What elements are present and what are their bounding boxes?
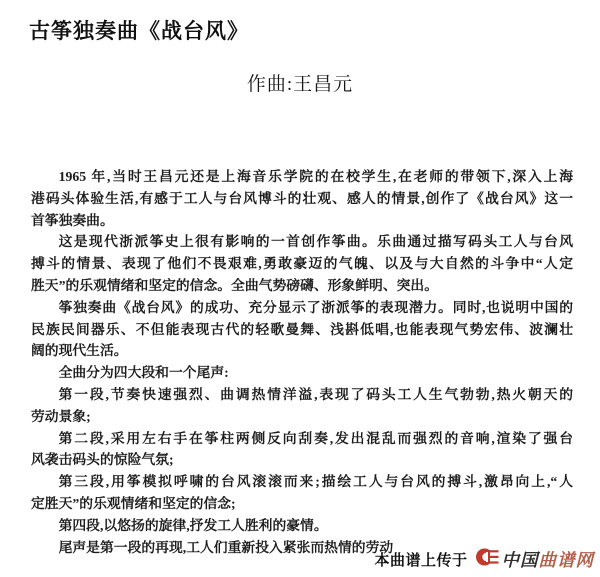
- text-line: 1965 年,当时王昌元还是上海音乐学院的在校学生,在老师的带领下,深入上海: [31, 166, 573, 188]
- qupu-music-logo-icon: [476, 547, 499, 572]
- paragraph: 第二段,采用左右手在筝柱两侧反向刮奏,发出混乱而强烈的音响,渲染了强台风袭击码头…: [31, 428, 573, 472]
- text-line: 第一段,节奏快速强烈、曲调热情洋溢,表现了码头工人生气勃勃,热火朝天的: [31, 384, 573, 406]
- composer-line: 作曲:王昌元: [0, 69, 600, 96]
- text-line: 胜天”的乐观情绪和坚定的信念。全曲气势磅礴、形象鲜明、突出。: [31, 275, 573, 297]
- paragraph: 全曲分为四大段和一个尾声:: [31, 362, 573, 384]
- text-line: 阔的现代生活。: [31, 340, 573, 362]
- text-line: 风袭击码头的惊险气氛;: [31, 449, 573, 471]
- site-watermark: 本曲谱上传于 中国 曲谱网: [374, 547, 594, 572]
- paragraph: 第三段,用筝模拟呼啸的台风滚滚而来;描绘工人与台风的搏斗,激昂向上,“人定胜天”…: [31, 471, 573, 515]
- paragraph: 这是现代浙派筝史上很有影响的一首创作筝曲。乐曲通过描写码头工人与台风搏斗的情景、…: [31, 231, 573, 296]
- text-line: 筝独奏曲《战台风》的成功、充分显示了浙派筝的表现潜力。同时,也说明中国的: [31, 297, 573, 319]
- text-line: 全曲分为四大段和一个尾声:: [31, 362, 573, 384]
- article-body: 1965 年,当时王昌元还是上海音乐学院的在校学生,在老师的带领下,深入上海港码…: [31, 166, 573, 558]
- site-name-prefix: 中国: [502, 547, 539, 572]
- text-line: 这是现代浙派筝史上很有影响的一首创作筝曲。乐曲通过描写码头工人与台风: [31, 231, 573, 253]
- paragraph: 1965 年,当时王昌元还是上海音乐学院的在校学生,在老师的带领下,深入上海港码…: [31, 166, 573, 231]
- text-line: 港码头体验生活,有感于工人与台风博斗的壮观、感人的情景,创作了《战台风》这一: [31, 188, 573, 210]
- upload-note: 本曲谱上传于: [374, 549, 467, 570]
- paragraph: 第四段,以悠扬的旋律,抒发工人胜利的豪情。: [31, 515, 573, 537]
- text-line: 第三段,用筝模拟呼啸的台风滚滚而来;描绘工人与台风的搏斗,激昂向上,“人: [31, 471, 573, 493]
- text-line: 首筝独奏曲。: [31, 210, 573, 232]
- text-line: 民族民间器乐、不但能表现古代的轻歌曼舞、浅斟低唱,也能表现气势宏伟、波澜壮: [31, 319, 573, 341]
- document-page: 古筝独奏曲《战台风》 作曲:王昌元 1965 年,当时王昌元还是上海音乐学院的在…: [0, 0, 600, 577]
- site-name-suffix: 曲谱网: [539, 547, 595, 572]
- text-line: 第二段,采用左右手在筝柱两侧反向刮奏,发出混乱而强烈的音响,渲染了强台: [31, 428, 573, 450]
- text-line: 劳动景象;: [31, 406, 573, 428]
- paragraph: 第一段,节奏快速强烈、曲调热情洋溢,表现了码头工人生气勃勃,热火朝天的劳动景象;: [31, 384, 573, 428]
- paragraph: 筝独奏曲《战台风》的成功、充分显示了浙派筝的表现潜力。同时,也说明中国的民族民间…: [31, 297, 573, 362]
- text-line: 定胜天”的乐观情绪和坚定的信念;: [31, 493, 573, 515]
- page-title: 古筝独奏曲《战台风》: [29, 15, 249, 45]
- text-line: 搏斗的情景、表现了他们不畏艰难,勇敢豪迈的气魄、以及与大自然的斗争中“人定: [31, 253, 573, 275]
- text-line: 第四段,以悠扬的旋律,抒发工人胜利的豪情。: [31, 515, 573, 537]
